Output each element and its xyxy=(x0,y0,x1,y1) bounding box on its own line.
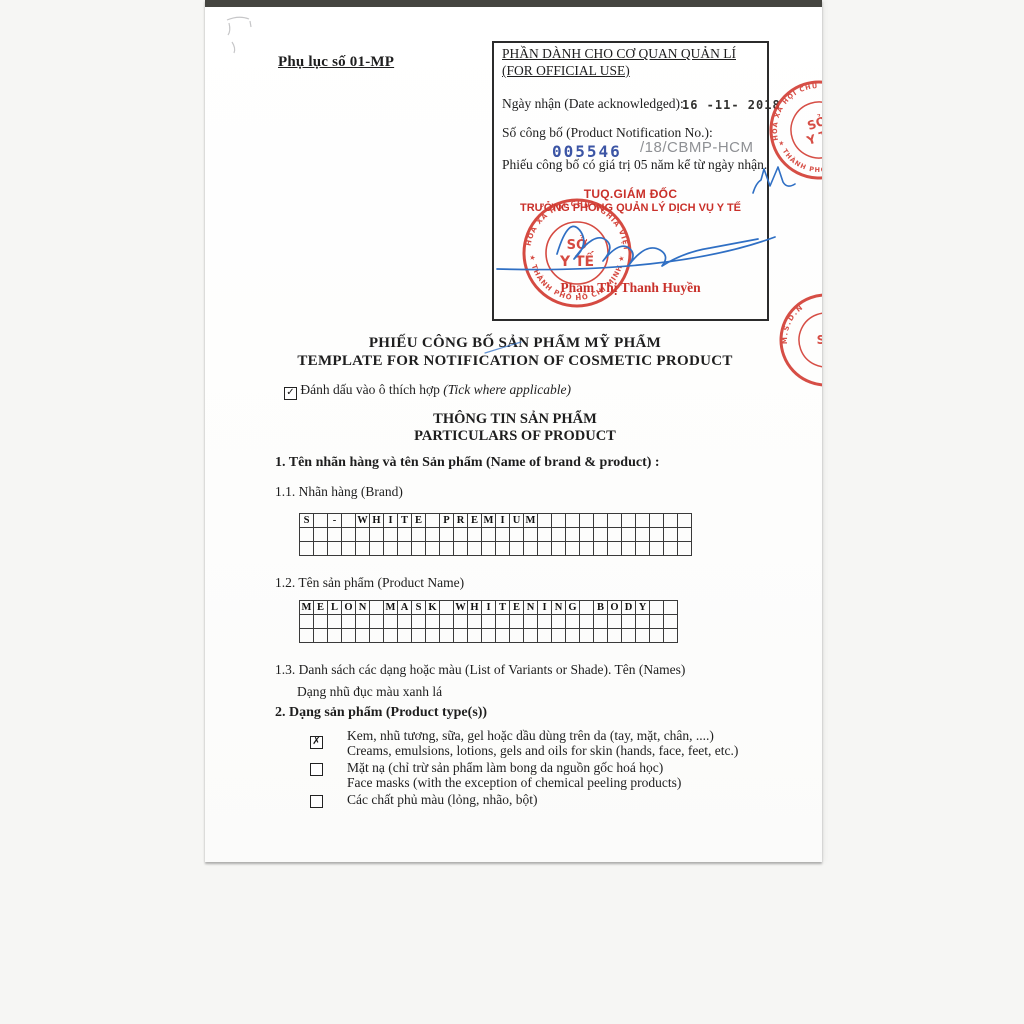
grid-cell xyxy=(622,514,636,528)
grid-cell xyxy=(454,542,468,556)
grid-cell xyxy=(314,542,328,556)
grid-cell xyxy=(580,601,594,615)
grid-cell: T xyxy=(398,514,412,528)
signer-name: Phạm Thị Thanh Huyền xyxy=(494,280,767,296)
grid-cell xyxy=(566,542,580,556)
grid-cell xyxy=(370,601,384,615)
grid-cell xyxy=(636,528,650,542)
grid-cell: N xyxy=(356,601,370,615)
variants-value: Dạng nhũ đục màu xanh lá xyxy=(297,684,442,700)
grid-cell: O xyxy=(608,601,622,615)
grid-cell xyxy=(566,629,580,643)
grid-cell xyxy=(426,542,440,556)
grid-cell: E xyxy=(468,514,482,528)
tick-instruction-row: ✓ Đánh dấu vào ô thích hợp (Tick where a… xyxy=(284,382,571,400)
grid-cell xyxy=(510,528,524,542)
grid-cell xyxy=(440,528,454,542)
grid-cell xyxy=(580,542,594,556)
grid-cell: H xyxy=(370,514,384,528)
grid-cell xyxy=(496,615,510,629)
grid-cell: D xyxy=(622,601,636,615)
grid-cell xyxy=(594,542,608,556)
grid-cell: M xyxy=(482,514,496,528)
grid-cell xyxy=(440,615,454,629)
scan-edge-strip xyxy=(205,0,822,7)
grid-cell xyxy=(314,528,328,542)
grid-cell xyxy=(594,514,608,528)
grid-cell: E xyxy=(510,601,524,615)
grid-cell xyxy=(580,514,594,528)
grid-cell xyxy=(440,542,454,556)
grid-cell xyxy=(356,528,370,542)
grid-cell: M xyxy=(524,514,538,528)
grid-cell xyxy=(650,615,664,629)
grid-cell: M xyxy=(300,601,314,615)
grid-cell xyxy=(482,615,496,629)
validity-note: Phiếu công bố có giá trị 05 năm kể từ ng… xyxy=(502,157,767,173)
grid-cell xyxy=(468,542,482,556)
grid-cell xyxy=(328,615,342,629)
edge-stamp-bottom-ring: M.S.D.N xyxy=(776,300,807,347)
grid-cell xyxy=(636,542,650,556)
date-acknowledged-stamp: 16 -11- 2018 xyxy=(682,98,781,112)
grid-cell xyxy=(636,514,650,528)
grid-cell xyxy=(398,528,412,542)
grid-cell xyxy=(384,542,398,556)
grid-cell xyxy=(622,542,636,556)
svg-text:★ THÀNH PHỐ HỒ CHÍ MINH ★: ★ THÀNH PHỐ HỒ CHÍ MINH ★ xyxy=(776,114,822,185)
grid-cell xyxy=(454,615,468,629)
grid-cell: U xyxy=(510,514,524,528)
grid-cell: S xyxy=(412,601,426,615)
grid-cell: I xyxy=(538,601,552,615)
grid-cell: Y xyxy=(636,601,650,615)
grid-cell xyxy=(664,542,678,556)
grid-cell: N xyxy=(524,601,538,615)
brand-character-grid: S-WHITEPREMIUM xyxy=(299,513,692,556)
svg-text:M.S.D.N: M.S.D.N xyxy=(776,300,807,347)
grid-cell xyxy=(538,629,552,643)
grid-cell xyxy=(636,629,650,643)
grid-cell xyxy=(650,528,664,542)
grid-cell: I xyxy=(384,514,398,528)
grid-cell: W xyxy=(454,601,468,615)
grid-cell xyxy=(412,542,426,556)
grid-cell xyxy=(664,629,678,643)
grid-cell xyxy=(608,514,622,528)
grid-cell xyxy=(594,629,608,643)
grid-cell xyxy=(650,601,664,615)
scanned-page: Phụ lục số 01-MP PHẦN DÀNH CHO CƠ QUAN Q… xyxy=(205,0,822,862)
grid-cell xyxy=(314,615,328,629)
grid-cell xyxy=(552,528,566,542)
grid-cell xyxy=(580,528,594,542)
grid-cell xyxy=(552,615,566,629)
official-box-title-en: (FOR OFFICIAL USE) xyxy=(502,63,630,79)
form-title-vi: PHIẾU CÔNG BỐ SẢN PHẨM MỸ PHẨM xyxy=(265,335,765,352)
grid-cell xyxy=(342,629,356,643)
grid-cell xyxy=(370,528,384,542)
grid-cell xyxy=(468,615,482,629)
grid-cell xyxy=(510,542,524,556)
grid-cell xyxy=(300,615,314,629)
grid-cell xyxy=(538,528,552,542)
edge-stamp-bottom-center: SH xyxy=(817,333,822,347)
product-name-character-grid: MELONMASKWHITENINGBODY xyxy=(299,600,678,643)
grid-cell xyxy=(538,615,552,629)
grid-cell xyxy=(398,542,412,556)
grid-cell xyxy=(580,615,594,629)
edge-stamp-top-center2: Y TẾ xyxy=(804,123,822,148)
grid-cell xyxy=(398,615,412,629)
grid-cell xyxy=(678,514,692,528)
grid-cell xyxy=(468,528,482,542)
grid-cell xyxy=(566,514,580,528)
edge-stamp-top-center1: SỞ xyxy=(805,112,822,133)
grid-cell: B xyxy=(594,601,608,615)
grid-cell xyxy=(482,528,496,542)
product-type-item: Mặt nạ (chỉ trừ sản phẩm làm bong da ngu… xyxy=(310,761,780,790)
grid-cell xyxy=(496,629,510,643)
grid-cell xyxy=(342,528,356,542)
grid-cell xyxy=(580,629,594,643)
form-title-en: TEMPLATE FOR NOTIFICATION OF COSMETIC PR… xyxy=(265,353,765,370)
signer-title-line1: TUQ.GIÁM ĐỐC xyxy=(494,187,767,201)
grid-cell xyxy=(300,629,314,643)
grid-cell xyxy=(356,615,370,629)
particulars-title-en: PARTICULARS OF PRODUCT xyxy=(265,428,765,445)
grid-cell xyxy=(328,542,342,556)
grid-cell xyxy=(342,542,356,556)
grid-cell xyxy=(426,528,440,542)
section1-heading: 1. Tên nhãn hàng và tên Sản phẩm (Name o… xyxy=(275,455,660,471)
tick-instruction-en: (Tick where applicable) xyxy=(443,382,571,397)
grid-cell xyxy=(664,615,678,629)
grid-cell xyxy=(510,629,524,643)
grid-cell xyxy=(496,542,510,556)
grid-cell: E xyxy=(314,601,328,615)
grid-cell: E xyxy=(412,514,426,528)
grid-cell xyxy=(650,542,664,556)
grid-cell xyxy=(356,542,370,556)
grid-cell xyxy=(356,629,370,643)
checked-checkbox-icon: ✗ xyxy=(310,736,323,749)
edge-stamp-bottom: M.S.D.N SH xyxy=(766,280,822,400)
grid-cell: A xyxy=(398,601,412,615)
grid-cell xyxy=(328,528,342,542)
grid-cell xyxy=(636,615,650,629)
grid-cell xyxy=(650,514,664,528)
grid-cell xyxy=(608,615,622,629)
grid-cell xyxy=(664,514,678,528)
grid-cell xyxy=(524,528,538,542)
grid-cell xyxy=(622,528,636,542)
grid-cell xyxy=(552,514,566,528)
grid-cell xyxy=(412,528,426,542)
grid-cell xyxy=(384,528,398,542)
grid-cell xyxy=(314,514,328,528)
grid-cell: - xyxy=(328,514,342,528)
official-box-title-vi: PHẦN DÀNH CHO CƠ QUAN QUẢN LÍ xyxy=(502,46,736,62)
grid-cell xyxy=(538,514,552,528)
product-type-label-vi: Mặt nạ (chỉ trừ sản phẩm làm bong da ngu… xyxy=(347,761,681,776)
grid-cell xyxy=(342,514,356,528)
grid-cell xyxy=(524,615,538,629)
particulars-title-vi: THÔNG TIN SẢN PHẨM xyxy=(265,411,765,428)
grid-cell xyxy=(552,542,566,556)
grid-cell xyxy=(678,528,692,542)
grid-cell xyxy=(384,629,398,643)
product-name-label: 1.2. Tên sản phẩm (Product Name) xyxy=(275,575,464,591)
grid-cell xyxy=(594,615,608,629)
grid-cell xyxy=(328,629,342,643)
grid-cell xyxy=(384,615,398,629)
grid-cell: K xyxy=(426,601,440,615)
grid-cell: R xyxy=(454,514,468,528)
grid-cell xyxy=(678,542,692,556)
grid-cell xyxy=(454,528,468,542)
date-acknowledged-label: Ngày nhận (Date acknowledged): xyxy=(502,96,684,112)
grid-cell xyxy=(622,629,636,643)
grid-cell xyxy=(426,615,440,629)
grid-cell xyxy=(608,528,622,542)
grid-cell xyxy=(524,629,538,643)
grid-cell: P xyxy=(440,514,454,528)
grid-cell: S xyxy=(300,514,314,528)
grid-cell xyxy=(370,542,384,556)
grid-cell xyxy=(398,629,412,643)
grid-cell xyxy=(482,542,496,556)
grid-cell xyxy=(650,629,664,643)
grid-cell xyxy=(664,601,678,615)
product-type-label-en: Face masks (with the exception of chemic… xyxy=(347,776,681,791)
grid-cell xyxy=(314,629,328,643)
grid-cell xyxy=(412,629,426,643)
grid-cell: I xyxy=(496,514,510,528)
product-type-label-vi: Các chất phủ màu (lỏng, nhão, bột) xyxy=(347,793,537,808)
grid-cell xyxy=(510,615,524,629)
notification-number-suffix: /18/CBMP-HCM xyxy=(640,139,754,156)
grid-cell xyxy=(594,528,608,542)
edge-stamp-top-ring-bottom: ★ THÀNH PHỐ HỒ CHÍ MINH ★ xyxy=(776,114,822,185)
character-grid-table: S-WHITEPREMIUM xyxy=(299,513,692,556)
grid-cell xyxy=(426,514,440,528)
grid-cell xyxy=(412,615,426,629)
grid-cell xyxy=(300,528,314,542)
grid-cell: O xyxy=(342,601,356,615)
grid-cell xyxy=(342,615,356,629)
grid-cell: T xyxy=(496,601,510,615)
grid-cell xyxy=(426,629,440,643)
official-use-box: PHẦN DÀNH CHO CƠ QUAN QUẢN LÍ (FOR OFFIC… xyxy=(492,41,769,321)
grid-cell xyxy=(622,615,636,629)
grid-cell xyxy=(370,615,384,629)
grid-cell xyxy=(538,542,552,556)
product-type-item: Các chất phủ màu (lỏng, nhão, bột) xyxy=(310,793,780,812)
grid-cell xyxy=(524,542,538,556)
grid-cell: G xyxy=(566,601,580,615)
product-type-label-en: Creams, emulsions, lotions, gels and oil… xyxy=(347,744,738,759)
tick-instruction-vi: Đánh dấu vào ô thích hợp xyxy=(300,382,439,397)
product-type-label-vi: Kem, nhũ tương, sữa, gel hoặc dầu dùng t… xyxy=(347,729,738,744)
grid-cell xyxy=(370,629,384,643)
grid-cell: I xyxy=(482,601,496,615)
grid-cell xyxy=(566,528,580,542)
grid-cell xyxy=(300,542,314,556)
grid-cell: H xyxy=(468,601,482,615)
signer-title-line2: TRƯỞNG PHÒNG QUẢN LÝ DỊCH VỤ Y TẾ xyxy=(494,202,767,214)
brand-label: 1.1. Nhãn hàng (Brand) xyxy=(275,484,403,500)
grid-cell xyxy=(482,629,496,643)
grid-cell xyxy=(454,629,468,643)
grid-cell xyxy=(566,615,580,629)
grid-cell xyxy=(496,528,510,542)
grid-cell xyxy=(552,629,566,643)
grid-cell: N xyxy=(552,601,566,615)
grid-cell xyxy=(440,629,454,643)
product-type-list: ✗Kem, nhũ tương, sữa, gel hoặc dầu dùng … xyxy=(310,729,780,815)
appendix-label: Phụ lục số 01-MP xyxy=(278,54,394,71)
grid-cell: W xyxy=(356,514,370,528)
checked-checkbox-icon: ✓ xyxy=(284,387,297,400)
grid-cell xyxy=(440,601,454,615)
empty-checkbox-icon xyxy=(310,795,323,808)
grid-cell: M xyxy=(384,601,398,615)
grid-cell xyxy=(608,542,622,556)
variants-label: 1.3. Danh sách các dạng hoặc màu (List o… xyxy=(275,662,685,678)
grid-cell xyxy=(608,629,622,643)
grid-cell: L xyxy=(328,601,342,615)
section2-heading: 2. Dạng sản phẩm (Product type(s)) xyxy=(275,705,487,721)
grid-cell xyxy=(468,629,482,643)
pencil-scan-marks xyxy=(227,17,251,53)
grid-cell xyxy=(664,528,678,542)
character-grid-table: MELONMASKWHITENINGBODY xyxy=(299,600,678,643)
empty-checkbox-icon xyxy=(310,763,323,776)
product-type-item: ✗Kem, nhũ tương, sữa, gel hoặc dầu dùng … xyxy=(310,729,780,758)
